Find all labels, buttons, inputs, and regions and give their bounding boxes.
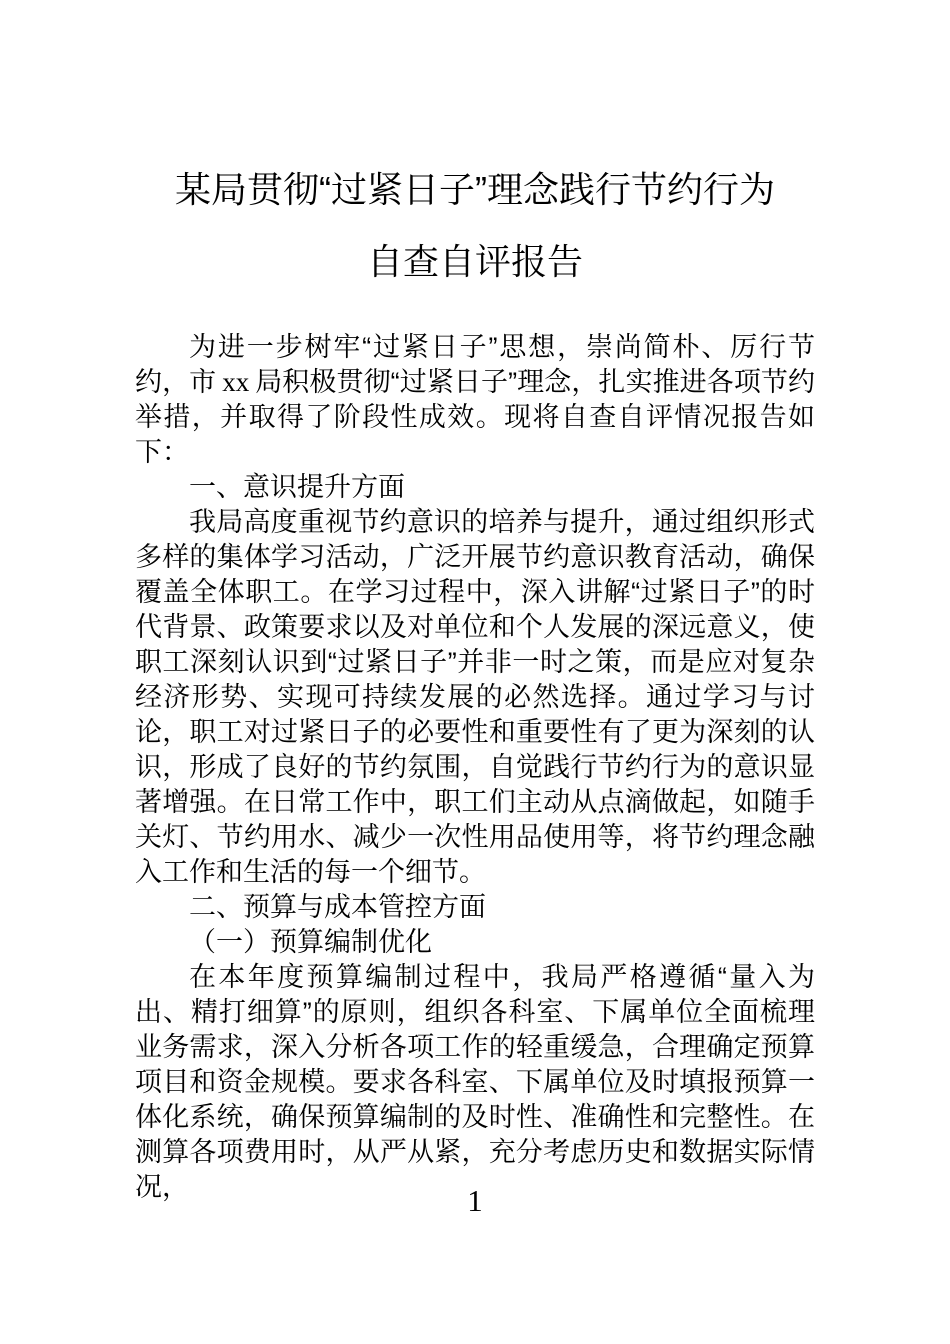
section-2-subsection-1-heading: （一）预算编制优化 [135,925,815,960]
intro-paragraph: 为进一步树牢“过紧日子”思想，崇尚简朴、厉行节约，市xx局积极贯彻“过紧日子”理… [135,330,815,470]
document-title-line-1: 某局贯彻“过紧日子”理念践行节约行为 [0,154,950,226]
section-2-subsection-1-body: 在本年度预算编制过程中，我局严格遵循“量入为出、精打细算”的原则，组织各科室、下… [135,960,815,1205]
document-title-line-2: 自查自评报告 [0,226,950,298]
page-number: 1 [0,1183,950,1219]
document-title: 某局贯彻“过紧日子”理念践行节约行为 自查自评报告 [0,0,950,298]
section-1-heading: 一、意识提升方面 [135,470,815,505]
section-2-heading: 二、预算与成本管控方面 [135,890,815,925]
document-page: 某局贯彻“过紧日子”理念践行节约行为 自查自评报告 为进一步树牢“过紧日子”思想… [0,0,950,1344]
org-name-placeholder: xx [216,367,255,397]
document-body: 为进一步树牢“过紧日子”思想，崇尚简朴、厉行节约，市xx局积极贯彻“过紧日子”理… [135,330,815,1205]
section-1-body: 我局高度重视节约意识的培养与提升，通过组织形式多样的集体学习活动，广泛开展节约意… [135,505,815,890]
